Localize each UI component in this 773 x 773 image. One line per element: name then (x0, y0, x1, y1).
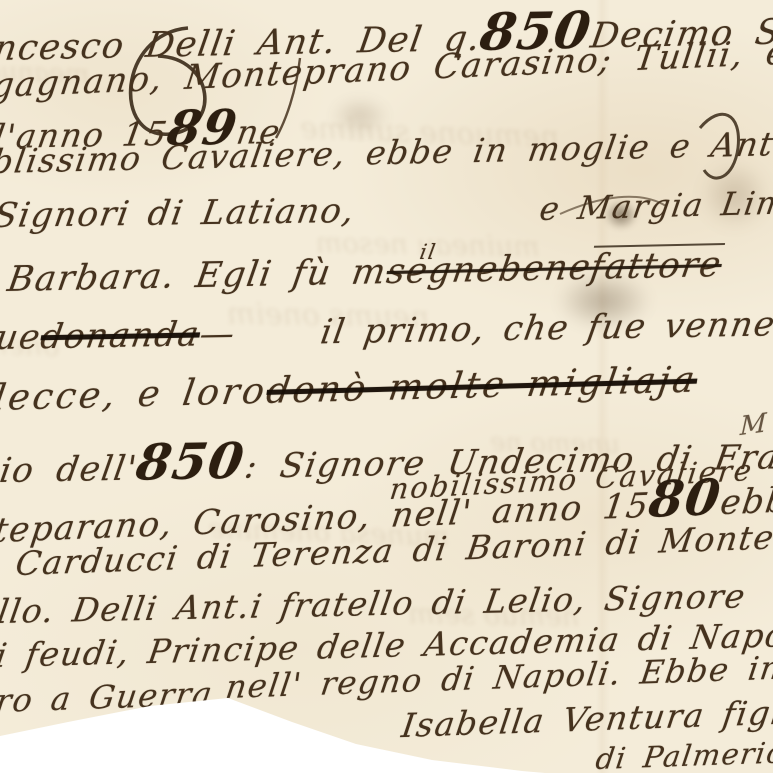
line-07: ue donanda —il primo, che fue venne (0, 304, 773, 358)
text-segment: ro a Guerra (0, 674, 216, 720)
line-06: Barbara. Egli fù msegne benefattore (8, 243, 723, 300)
line-05a: Signori di Latiano, (0, 191, 355, 236)
text-segment: ebbe (718, 480, 773, 524)
text-segment: 850 (133, 432, 250, 492)
text-segment: donò molte migliaja (264, 359, 700, 411)
text-segment: bene (495, 248, 594, 290)
text-segment: Barbara. Egli fù m (5, 252, 390, 300)
line-15a: ro a Guerra (0, 674, 214, 720)
flourish-m: M (738, 408, 770, 442)
line-05b: e Margia Limare (540, 182, 773, 228)
scan-background: { "document": { "type": "handwritten-man… (0, 0, 773, 773)
text-segment: io dell' (0, 449, 140, 492)
text-segment: Signori di Latiano, (0, 191, 358, 236)
text-segment: e Margia Limare (537, 182, 773, 228)
line-17: di Palmerice (595, 735, 773, 773)
text-segment: il primo, che fue venne (318, 304, 773, 352)
text-segment: M (739, 408, 768, 442)
text-segment: fattore (588, 243, 725, 288)
text-segment: — (197, 314, 239, 355)
text-segment: segne (384, 250, 502, 292)
manuscript-page: ncesco Delli Ant. Del q. 850 Decimo Sigg… (0, 0, 773, 773)
text-segment: donanda (38, 314, 203, 357)
text-segment: di Palmerice (594, 735, 773, 773)
text-segment: lecce, e loro (0, 371, 270, 419)
line-08: lecce, e loro donò molte migliaja (0, 360, 698, 419)
